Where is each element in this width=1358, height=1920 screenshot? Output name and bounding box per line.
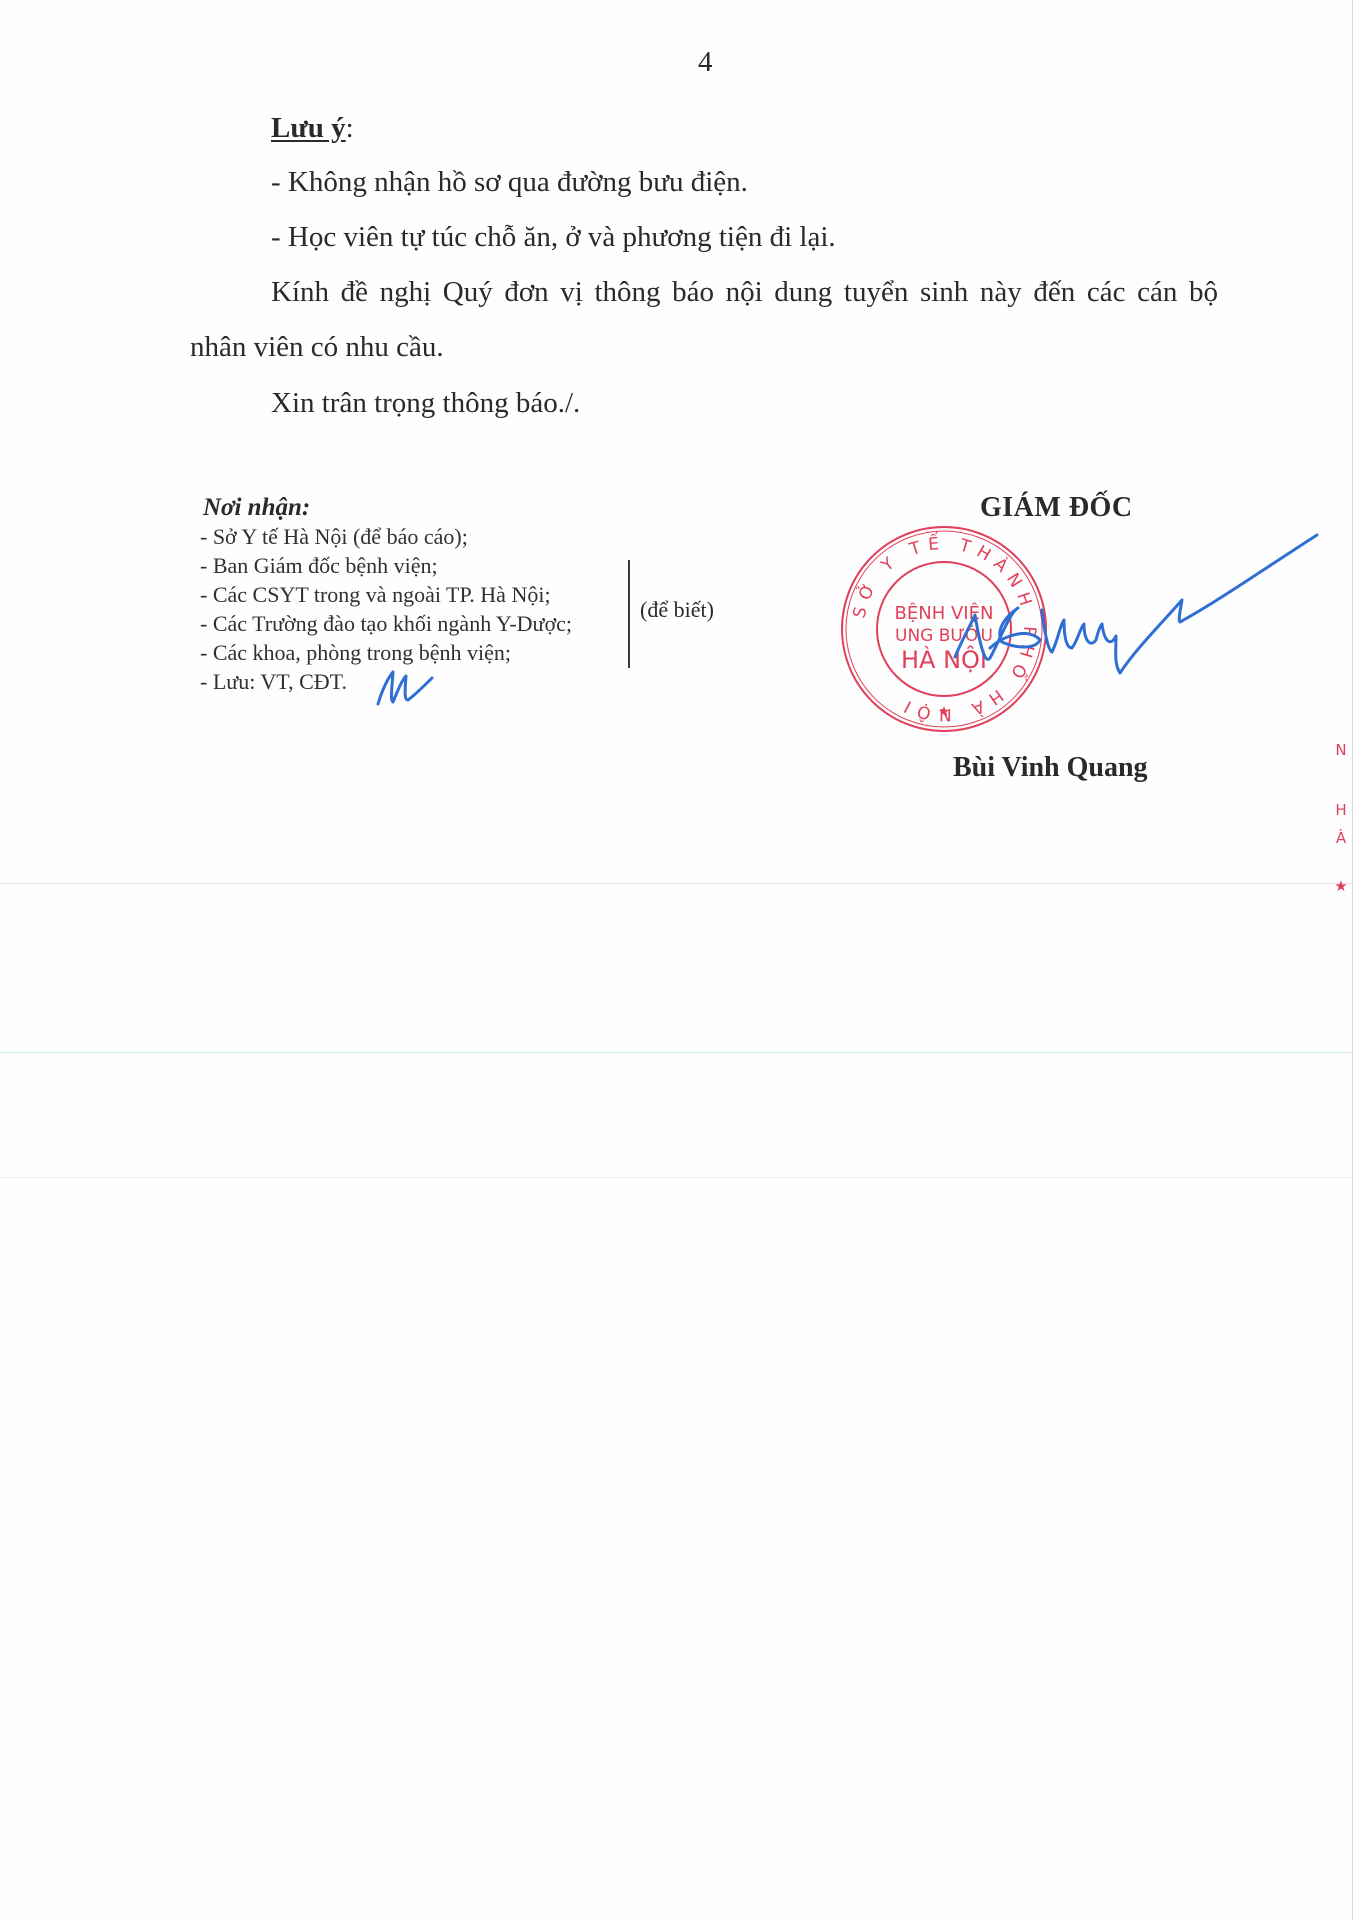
recipient-item: - Các CSYT trong và ngoài TP. Hà Nội; (200, 582, 551, 608)
signer-title: GIÁM ĐỐC (980, 492, 1133, 524)
request-paragraph-line: Kính đề nghị Quý đơn vị thông báo nội du… (271, 274, 1218, 310)
recipient-item: - Các khoa, phòng trong bệnh viện; (200, 640, 511, 666)
recipient-item: - Lưu: VT, CĐT. (200, 669, 347, 695)
bracket-note: (để biết) (640, 597, 714, 623)
note-heading: Lưu ý: (271, 110, 354, 146)
initials-mark (378, 672, 432, 704)
stamp-inner-text: UNG BƯỚU (895, 624, 993, 646)
official-stamp: SỞ Y TẾ THÀNH PHỐ HÀ NỘI BỆNH VIỆN UNG B… (838, 523, 1050, 735)
margin-mark: ★ (1330, 877, 1352, 895)
scan-line (0, 1052, 1352, 1053)
margin-mark: N (1330, 741, 1352, 759)
stamp-star-icon: ★ (938, 704, 951, 720)
stamp-inner-text: BỆNH VIỆN (895, 602, 994, 624)
stamp-inner-text: HÀ NỘI (901, 644, 987, 674)
signer-name: Bùi Vinh Quang (953, 752, 1148, 784)
note-heading-label: Lưu ý (271, 112, 346, 144)
margin-mark: À (1330, 829, 1352, 847)
note-item: - Học viên tự túc chỗ ăn, ở và phương ti… (271, 219, 836, 255)
note-item: - Không nhận hồ sơ qua đường bưu điện. (271, 164, 748, 200)
recipient-item: - Các Trường đào tạo khối ngành Y-Dược; (200, 611, 572, 637)
scan-line (0, 883, 1352, 884)
recipient-item: - Sở Y tế Hà Nội (để báo cáo); (200, 524, 468, 550)
page-number: 4 (698, 46, 713, 79)
closing-line: Xin trân trọng thông báo./. (271, 385, 580, 421)
scan-line (0, 1177, 1352, 1178)
request-paragraph-line: nhân viên có nhu cầu. (190, 329, 444, 365)
note-heading-colon: : (346, 112, 354, 144)
recipients-bracket (628, 560, 630, 668)
recipient-item: - Ban Giám đốc bệnh viện; (200, 553, 438, 579)
recipients-heading: Nơi nhận: (203, 494, 310, 522)
page-edge (1352, 0, 1353, 1920)
adjacent-page-stamp-edge: N H À ★ (1330, 735, 1352, 965)
margin-mark: H (1330, 801, 1352, 819)
